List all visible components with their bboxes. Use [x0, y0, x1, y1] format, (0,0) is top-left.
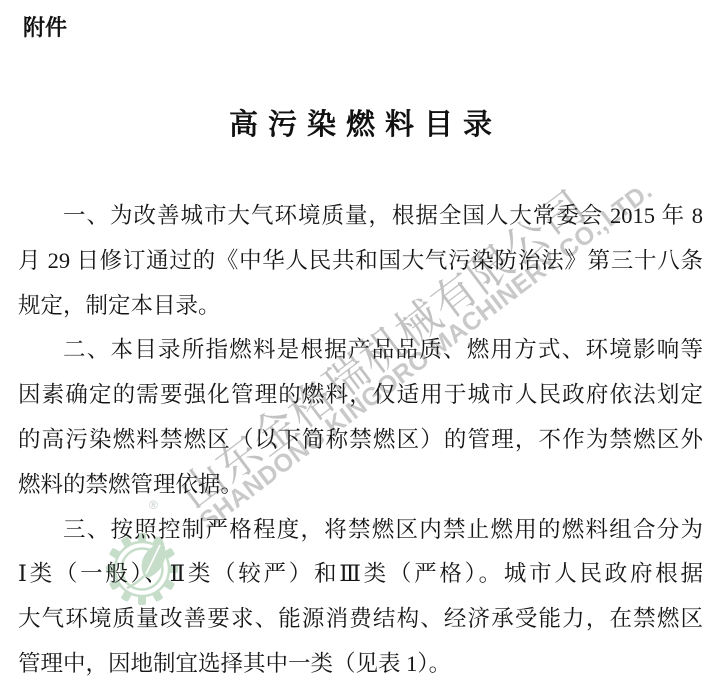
text-line: 的高污染燃料禁燃区（以下简称禁燃区）的管理，不作为禁燃区外 [18, 418, 703, 463]
text-line: 因素确定的需要强化管理的燃料，仅适用于城市人民政府依法划定 [18, 373, 703, 418]
document-page: ® 山东金格瑞机械有限公司 SHANDONG KINGORO MACHINERY… [0, 0, 721, 682]
document-content: 附件 高污染燃料目录 一、为改善城市大气环境质量，根据全国人大常委会 2015 … [0, 0, 721, 682]
page-title: 高污染燃料目录 [0, 102, 721, 143]
text-line: 管理中，因地制宜选择其中一类（见表 1）。 [18, 642, 703, 682]
text-line: 大气环境质量改善要求、能源消费结构、经济承受能力，在禁燃区 [18, 597, 703, 642]
text-line: 三、按照控制严格程度，将禁燃区内禁止燃用的燃料组合分为 [18, 508, 703, 553]
text-line: 规定，制定本目录。 [18, 284, 703, 329]
text-line: 二、本目录所指燃料是根据产品品质、燃用方式、环境影响等 [18, 328, 703, 373]
attachment-label: 附件 [23, 11, 67, 42]
text-line: 一、为改善城市大气环境质量，根据全国人大常委会 2015 年 8 [18, 194, 703, 239]
body-text: 一、为改善城市大气环境质量，根据全国人大常委会 2015 年 8 月 29 日修… [18, 194, 703, 682]
text-line: Ⅰ类（一般）、Ⅱ类（较严）和Ⅲ类（严格）。城市人民政府根据 [18, 552, 703, 597]
text-line: 燃料的禁燃管理依据。 [18, 463, 703, 508]
text-line: 月 29 日修订通过的《中华人民共和国大气污染防治法》第三十八条 [18, 239, 703, 284]
